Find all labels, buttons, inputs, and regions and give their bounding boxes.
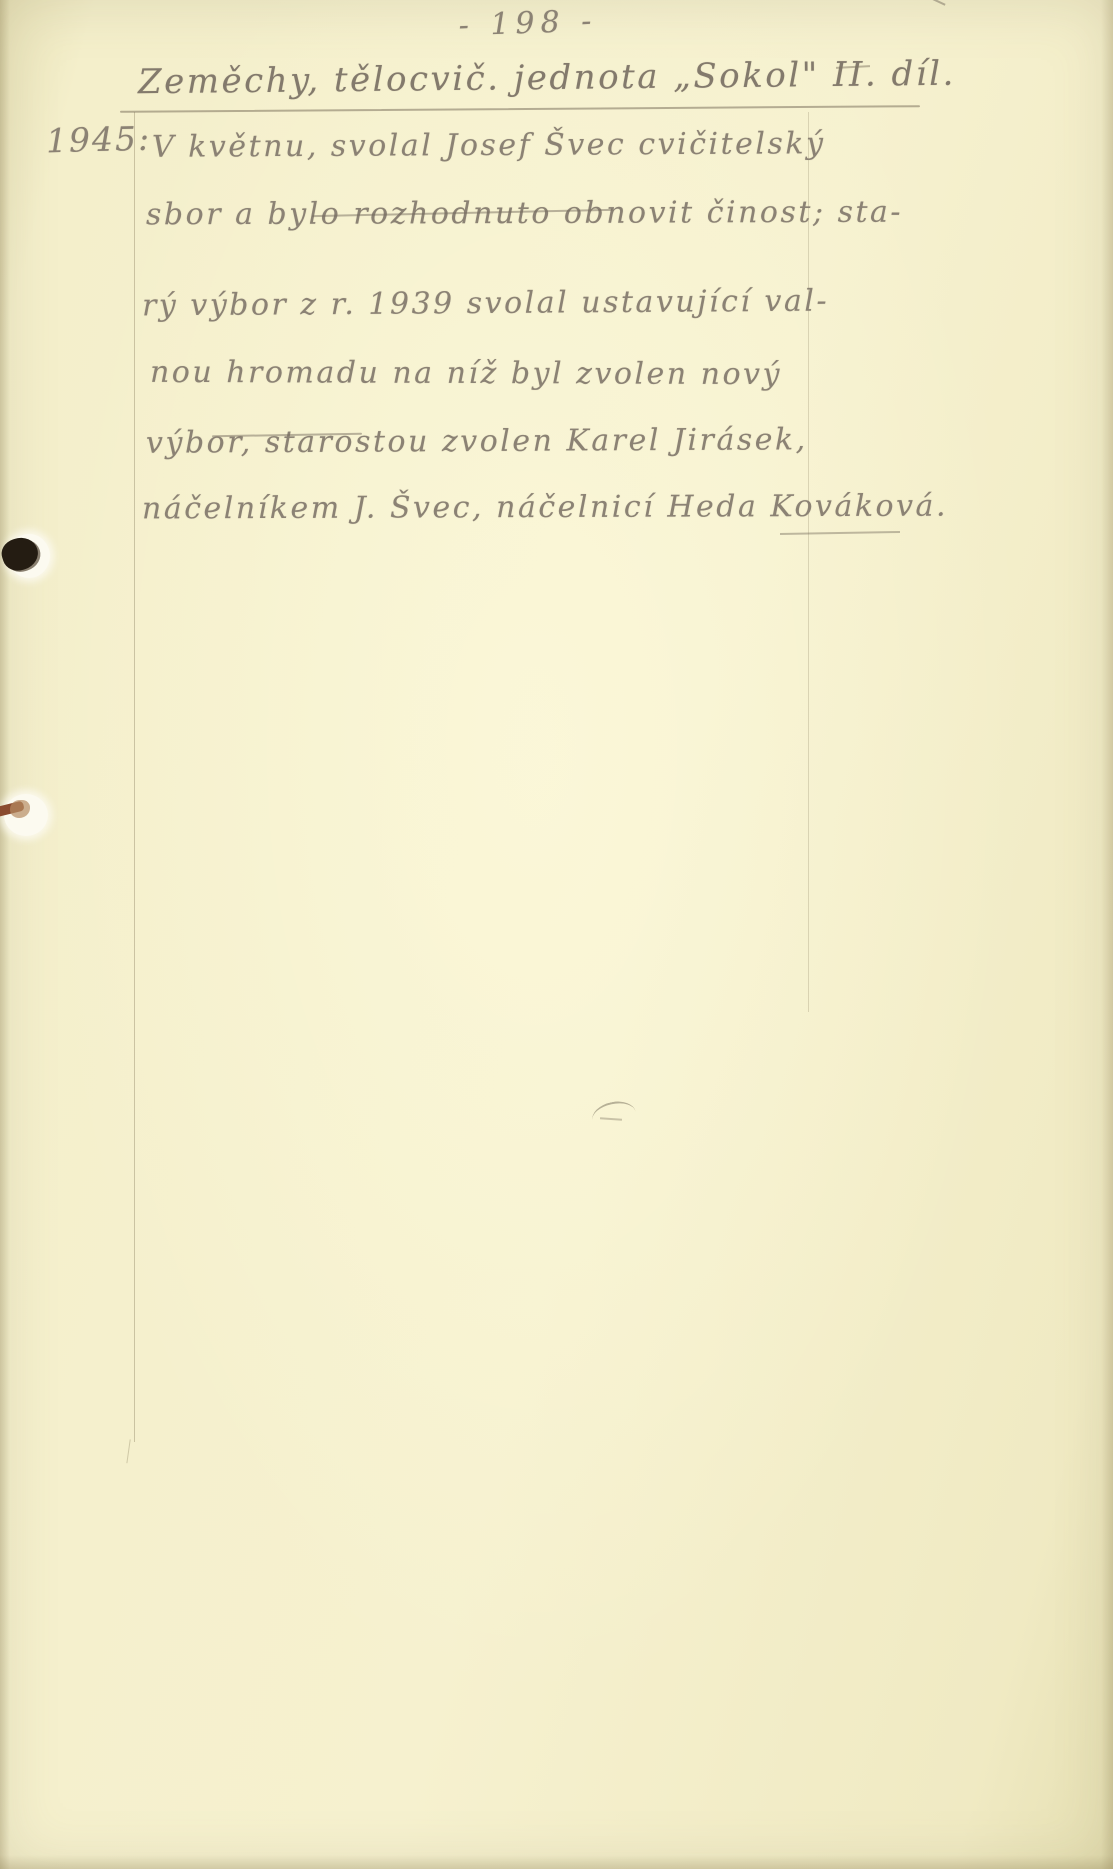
punch-hole bbox=[0, 786, 58, 846]
handwritten-line: náčelníkem J. Švec, náčelnicí Heda Kovák… bbox=[142, 489, 948, 527]
handwritten-line: nou hromadu na níž byl zvolen nový bbox=[150, 355, 782, 392]
page-title: Zeměchy, tělocvič. jednota „Sokol" II. d… bbox=[138, 54, 956, 103]
right-margin-rule bbox=[808, 112, 809, 1012]
page-number: - 198 - bbox=[417, 2, 638, 45]
pencil-underline bbox=[780, 531, 900, 535]
heading-underline bbox=[120, 105, 920, 113]
scanned-document-page: - 198 - Zeměchy, tělocvič. jednota „Soko… bbox=[0, 0, 1113, 1869]
handwritten-line: sbor a bylo rozhodnuto obnovit činost; s… bbox=[146, 195, 903, 233]
year-label: 1945: bbox=[46, 119, 152, 161]
handwritten-line: V květnu, svolal Josef Švec cvičitelský bbox=[152, 126, 826, 165]
stray-pencil-squiggle bbox=[590, 1098, 639, 1135]
handwritten-line: rý výbor z r. 1939 svolal ustavující val… bbox=[142, 284, 829, 324]
paper-edge-shadow-bottom bbox=[0, 1855, 1113, 1869]
handwritten-line: výbor, starostou zvolen Karel Jirásek, bbox=[146, 422, 808, 460]
left-margin-rule bbox=[134, 112, 135, 1442]
paper-edge-shadow-left bbox=[0, 0, 10, 1869]
punch-hole bbox=[0, 528, 60, 588]
stray-pencil-mark bbox=[928, 0, 945, 6]
paper-edge-shadow-right bbox=[1101, 0, 1113, 1869]
left-margin-rule-tail bbox=[126, 1439, 140, 1464]
